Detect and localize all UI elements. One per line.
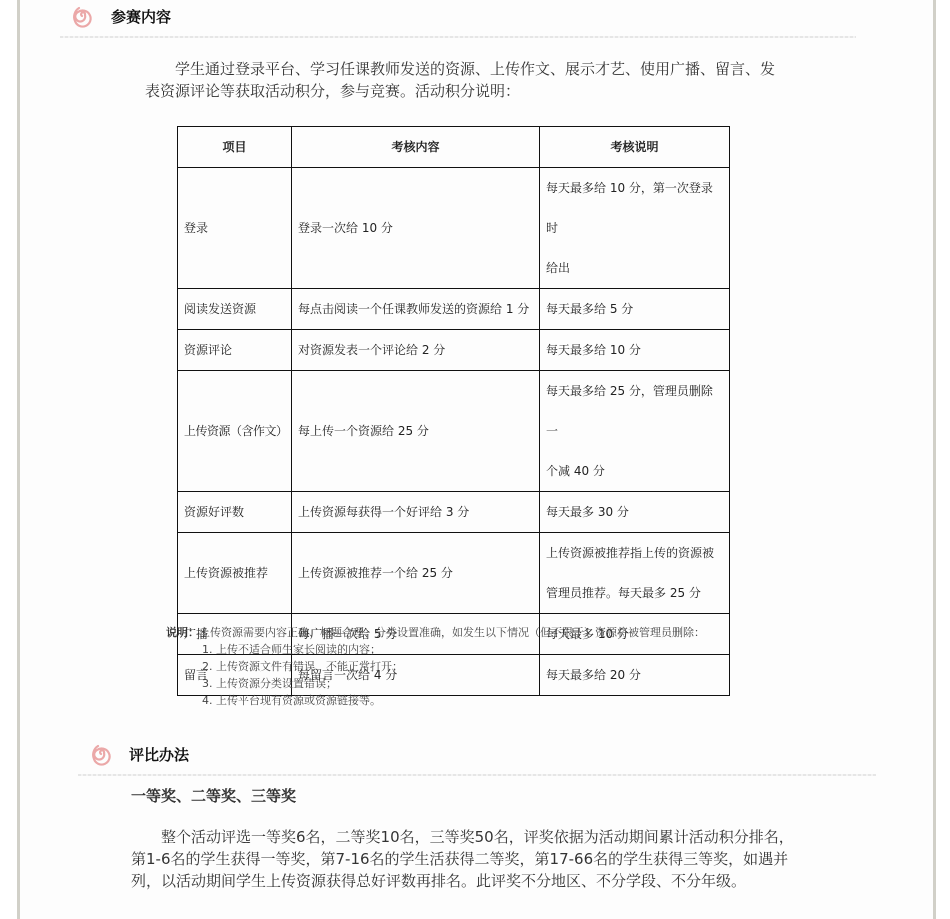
intro-paragraph: 学生通过登录平台、学习任课教师发送的资源、上传作文、展示才艺、使用广播、留言、发… bbox=[145, 58, 805, 102]
award-line-2: 第1-6名的学生获得一等奖，第7-16名的学生活获得二等奖，第17-66名的学生… bbox=[131, 848, 811, 870]
cell-desc: 上传资源被推荐指上传的资源被管理员推荐。每天最多 25 分 bbox=[540, 533, 730, 614]
spiral-icon bbox=[87, 740, 115, 768]
cell-content: 登录一次给 10 分 bbox=[292, 168, 540, 289]
award-line-1: 整个活动评选一等奖6名，二等奖10名，三等奖50名，评奖依据为活动期间累计活动积… bbox=[131, 826, 811, 848]
award-paragraph: 整个活动评选一等奖6名，二等奖10名，三等奖50名，评奖依据为活动期间累计活动积… bbox=[131, 826, 811, 892]
intro-line-1: 学生通过登录平台、学习任课教师发送的资源、上传作文、展示才艺、使用广播、留言、发 bbox=[145, 58, 805, 80]
note-text: 上传资源需要内容正确、标题合理、分类设置准确，如发生以下情况（但不限于）资源将被… bbox=[199, 626, 705, 639]
cell-item: 登录 bbox=[178, 168, 292, 289]
cell-item: 上传资源（含作文） bbox=[178, 371, 292, 492]
table-row: 登录 登录一次给 10 分 每天最多给 10 分，第一次登录时给出 bbox=[178, 168, 730, 289]
cell-content: 每上传一个资源给 25 分 bbox=[292, 371, 540, 492]
note-item: 4. 上传平台现有资源或资源链接等。 bbox=[202, 692, 705, 709]
cell-item: 资源评论 bbox=[178, 330, 292, 371]
section-divider bbox=[60, 36, 856, 38]
cell-item: 上传资源被推荐 bbox=[178, 533, 292, 614]
column-header: 项目 bbox=[178, 127, 292, 168]
desc-line: 管理员推荐。每天最多 25 分 bbox=[546, 573, 723, 613]
section-header-evaluation: 评比办法 bbox=[87, 740, 189, 768]
table-row: 阅读发送资源 每点击阅读一个任课教师发送的资源给 1 分 每天最多给 5 分 bbox=[178, 289, 730, 330]
column-header: 考核内容 bbox=[292, 127, 540, 168]
table-row: 资源评论 对资源发表一个评论给 2 分 每天最多给 10 分 bbox=[178, 330, 730, 371]
cell-desc: 每天最多给 5 分 bbox=[540, 289, 730, 330]
cell-desc: 每天最多 30 分 bbox=[540, 492, 730, 533]
cell-item: 阅读发送资源 bbox=[178, 289, 292, 330]
desc-line: 每天最多给 25 分，管理员删除一 bbox=[546, 371, 723, 451]
section-title: 评比办法 bbox=[129, 744, 189, 765]
cell-desc: 每天最多给 10 分，第一次登录时给出 bbox=[540, 168, 730, 289]
award-subheading: 一等奖、二等奖、三等奖 bbox=[131, 785, 296, 806]
note-item: 2. 上传资源文件有错误、不能正常打开； bbox=[202, 658, 705, 675]
table-row: 上传资源被推荐 上传资源被推荐一个给 25 分 上传资源被推荐指上传的资源被管理… bbox=[178, 533, 730, 614]
deletion-note: 说明：上传资源需要内容正确、标题合理、分类设置准确，如发生以下情况（但不限于）资… bbox=[166, 624, 705, 709]
cell-item: 资源好评数 bbox=[178, 492, 292, 533]
cell-content: 上传资源每获得一个好评给 3 分 bbox=[292, 492, 540, 533]
note-label: 说明： bbox=[166, 626, 199, 639]
spiral-icon bbox=[68, 2, 96, 30]
desc-line: 每天最多给 10 分，第一次登录时 bbox=[546, 168, 723, 248]
cell-content: 每点击阅读一个任课教师发送的资源给 1 分 bbox=[292, 289, 540, 330]
section-title: 参赛内容 bbox=[111, 6, 171, 27]
award-line-3: 列，以活动期间学生上传资源获得总好评数再排名。此评奖不分地区、不分学段、不分年级… bbox=[131, 870, 811, 892]
note-list: 1. 上传不适合师生家长阅读的内容； 2. 上传资源文件有错误、不能正常打开； … bbox=[166, 641, 705, 709]
note-item: 3. 上传资源分类设置错误； bbox=[202, 675, 705, 692]
table-row: 上传资源（含作文） 每上传一个资源给 25 分 每天最多给 25 分，管理员删除… bbox=[178, 371, 730, 492]
section-divider bbox=[78, 774, 876, 776]
table-row: 资源好评数 上传资源每获得一个好评给 3 分 每天最多 30 分 bbox=[178, 492, 730, 533]
desc-line: 上传资源被推荐指上传的资源被 bbox=[546, 533, 723, 573]
note-item: 1. 上传不适合师生家长阅读的内容； bbox=[202, 641, 705, 658]
desc-line: 给出 bbox=[546, 248, 723, 288]
scoring-table: 项目 考核内容 考核说明 登录 登录一次给 10 分 每天最多给 10 分，第一… bbox=[177, 126, 730, 696]
cell-desc: 每天最多给 25 分，管理员删除一个减 40 分 bbox=[540, 371, 730, 492]
section-header-contest-content: 参赛内容 bbox=[68, 2, 171, 30]
desc-line: 个减 40 分 bbox=[546, 451, 723, 491]
cell-content: 对资源发表一个评论给 2 分 bbox=[292, 330, 540, 371]
cell-content: 上传资源被推荐一个给 25 分 bbox=[292, 533, 540, 614]
intro-line-2: 表资源评论等获取活动积分，参与竞赛。活动积分说明： bbox=[145, 80, 805, 102]
column-header: 考核说明 bbox=[540, 127, 730, 168]
cell-desc: 每天最多给 10 分 bbox=[540, 330, 730, 371]
table-header-row: 项目 考核内容 考核说明 bbox=[178, 127, 730, 168]
